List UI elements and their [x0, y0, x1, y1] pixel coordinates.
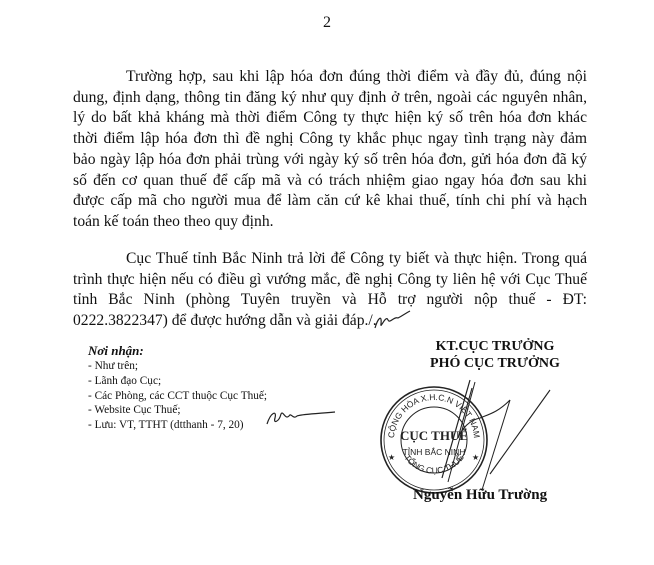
paragraph-closing: Cục Thuế tỉnh Bắc Ninh trả lời để Công t…: [73, 249, 587, 332]
text-line: bảo ngày lập hóa đơn phải trùng với ngày…: [73, 150, 587, 171]
signature-title-line1: KT.CỤC TRƯỞNG: [405, 338, 585, 355]
text-line: toán kế toán theo theo quy định.: [73, 212, 587, 233]
text-line: tỉnh Bắc Ninh (phòng Tuyên truyền và Hỗ …: [73, 290, 587, 311]
recipient-item: - Như trên;: [88, 359, 267, 374]
signature-title-line2: PHÓ CỤC TRƯỞNG: [405, 355, 585, 372]
text-line: số đến cơ quan thuế để cấp mã và có trác…: [73, 171, 587, 192]
recipient-item: - Lưu: VT, TTHT (dtthanh - 7, 20): [88, 418, 267, 433]
text-line: thời điểm lập hóa đơn thì đề nghị Công t…: [73, 129, 587, 150]
recipient-item: - Các Phòng, các CCT thuộc Cục Thuế;: [88, 389, 267, 404]
signer-signature-icon: [440, 378, 560, 493]
text-line: Trường hợp, sau khi lập hóa đơn đúng thờ…: [73, 67, 587, 88]
signer-name: Nguyễn Hữu Trường: [413, 487, 547, 504]
paragraph-invoice-signing: Trường hợp, sau khi lập hóa đơn đúng thờ…: [73, 67, 587, 233]
signature-block: KT.CỤC TRƯỞNG PHÓ CỤC TRƯỞNG: [405, 338, 585, 372]
clerk-initials-icon: [265, 406, 337, 428]
text-line: Cục Thuế tỉnh Bắc Ninh trả lời để Công t…: [73, 249, 587, 270]
recipients-list: Nơi nhận: - Như trên; - Lãnh đạo Cục; - …: [88, 343, 267, 433]
page-number: 2: [0, 14, 654, 32]
text-line: dung, định dạng, thông tin đăng ký như q…: [73, 88, 587, 109]
text-line: trình thực hiện nếu có điều gì vướng mắc…: [73, 270, 587, 291]
recipient-item: - Website Cục Thuế;: [88, 403, 267, 418]
text-line: lý do bất khả kháng mà thời điểm Công ty…: [73, 108, 587, 129]
text-line: được cấp mã cho người mua để làm căn cứ …: [73, 191, 587, 212]
recipient-item: - Lãnh đạo Cục;: [88, 374, 267, 389]
text-line: 0222.3822347) để được hướng dẫn và giải …: [73, 311, 587, 332]
recipients-title: Nơi nhận:: [88, 343, 267, 359]
svg-text:★: ★: [388, 453, 395, 462]
initials-signature-icon: [372, 310, 412, 332]
